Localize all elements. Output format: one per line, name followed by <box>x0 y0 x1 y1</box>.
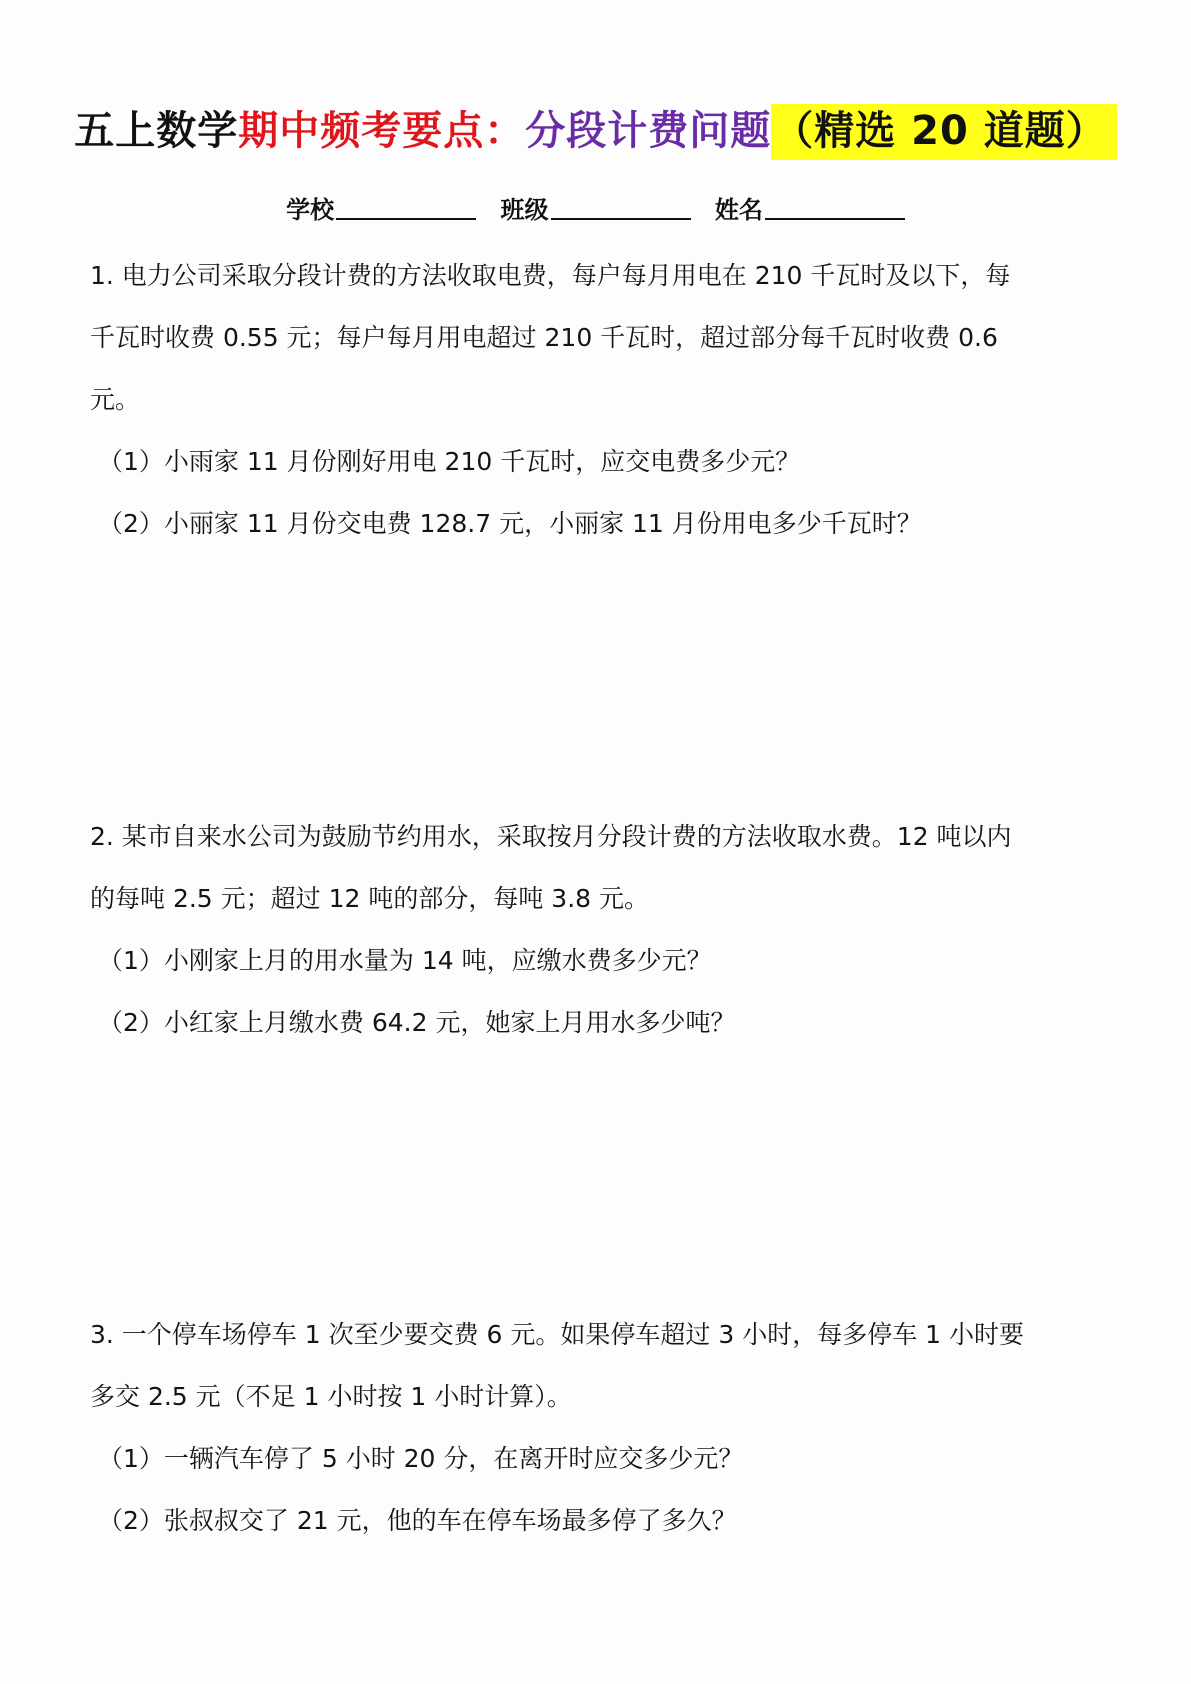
sub-question: （2）张叔叔交了 21 元，他的车在停车场最多停了多久？ <box>90 1490 1130 1552</box>
problem-text-line: 2. 某市自来水公司为鼓励节约用水，采取按月分段计费的方法收取水费。12 吨以内 <box>90 806 1130 868</box>
faint-watermark <box>250 1612 790 1682</box>
title-highlight-count: （精选 20 道题） <box>771 104 1117 160</box>
school-field: 学校 <box>286 190 476 230</box>
sub-question: （1）小雨家 11 月份刚好用电 210 千瓦时，应交电费多少元？ <box>90 431 1130 493</box>
school-blank[interactable] <box>336 194 476 220</box>
problem-text-line: 的每吨 2.5 元；超过 12 吨的部分，每吨 3.8 元。 <box>90 868 1130 930</box>
problem-3: 3. 一个停车场停车 1 次至少要交费 6 元。如果停车超过 3 小时，每多停车… <box>90 1304 1130 1552</box>
problem-text-line: 千瓦时收费 0.55 元；每户每月用电超过 210 千瓦时，超过部分每千瓦时收费… <box>90 307 1130 369</box>
title-topic: 分段计费问题 <box>525 108 771 154</box>
class-blank[interactable] <box>551 194 691 220</box>
problem-1: 1. 电力公司采取分段计费的方法收取电费，每户每月用电在 210 千瓦时及以下，… <box>90 245 1130 555</box>
problem-text-line: 1. 电力公司采取分段计费的方法收取电费，每户每月用电在 210 千瓦时及以下，… <box>90 245 1130 307</box>
name-field: 姓名 <box>715 190 905 230</box>
class-label: 班级 <box>501 196 549 224</box>
name-label: 姓名 <box>715 196 763 224</box>
problem-text-line: 3. 一个停车场停车 1 次至少要交费 6 元。如果停车超过 3 小时，每多停车… <box>90 1304 1130 1366</box>
sub-question: （1）一辆汽车停了 5 小时 20 分，在离开时应交多少元？ <box>90 1428 1130 1490</box>
problem-2: 2. 某市自来水公司为鼓励节约用水，采取按月分段计费的方法收取水费。12 吨以内… <box>90 806 1130 1054</box>
sub-question: （2）小丽家 11 月份交电费 128.7 元，小丽家 11 月份用电多少千瓦时… <box>90 493 1130 555</box>
class-field: 班级 <box>501 190 691 230</box>
name-blank[interactable] <box>765 194 905 220</box>
page-title: 五上数学期中频考要点：分段计费问题（精选 20 道题） <box>0 100 1191 162</box>
problem-text-line: 多交 2.5 元（不足 1 小时按 1 小时计算）。 <box>90 1366 1130 1428</box>
title-midterm-points: 期中频考要点： <box>238 108 525 154</box>
sub-question: （1）小刚家上月的用水量为 14 吨，应缴水费多少元？ <box>90 930 1130 992</box>
student-info-row: 学校 班级 姓名 <box>0 190 1191 230</box>
sub-question: （2）小红家上月缴水费 64.2 元，她家上月用水多少吨？ <box>90 992 1130 1054</box>
school-label: 学校 <box>286 196 334 224</box>
problem-text-line: 元。 <box>90 369 1130 431</box>
title-grade-subject: 五上数学 <box>74 108 238 154</box>
